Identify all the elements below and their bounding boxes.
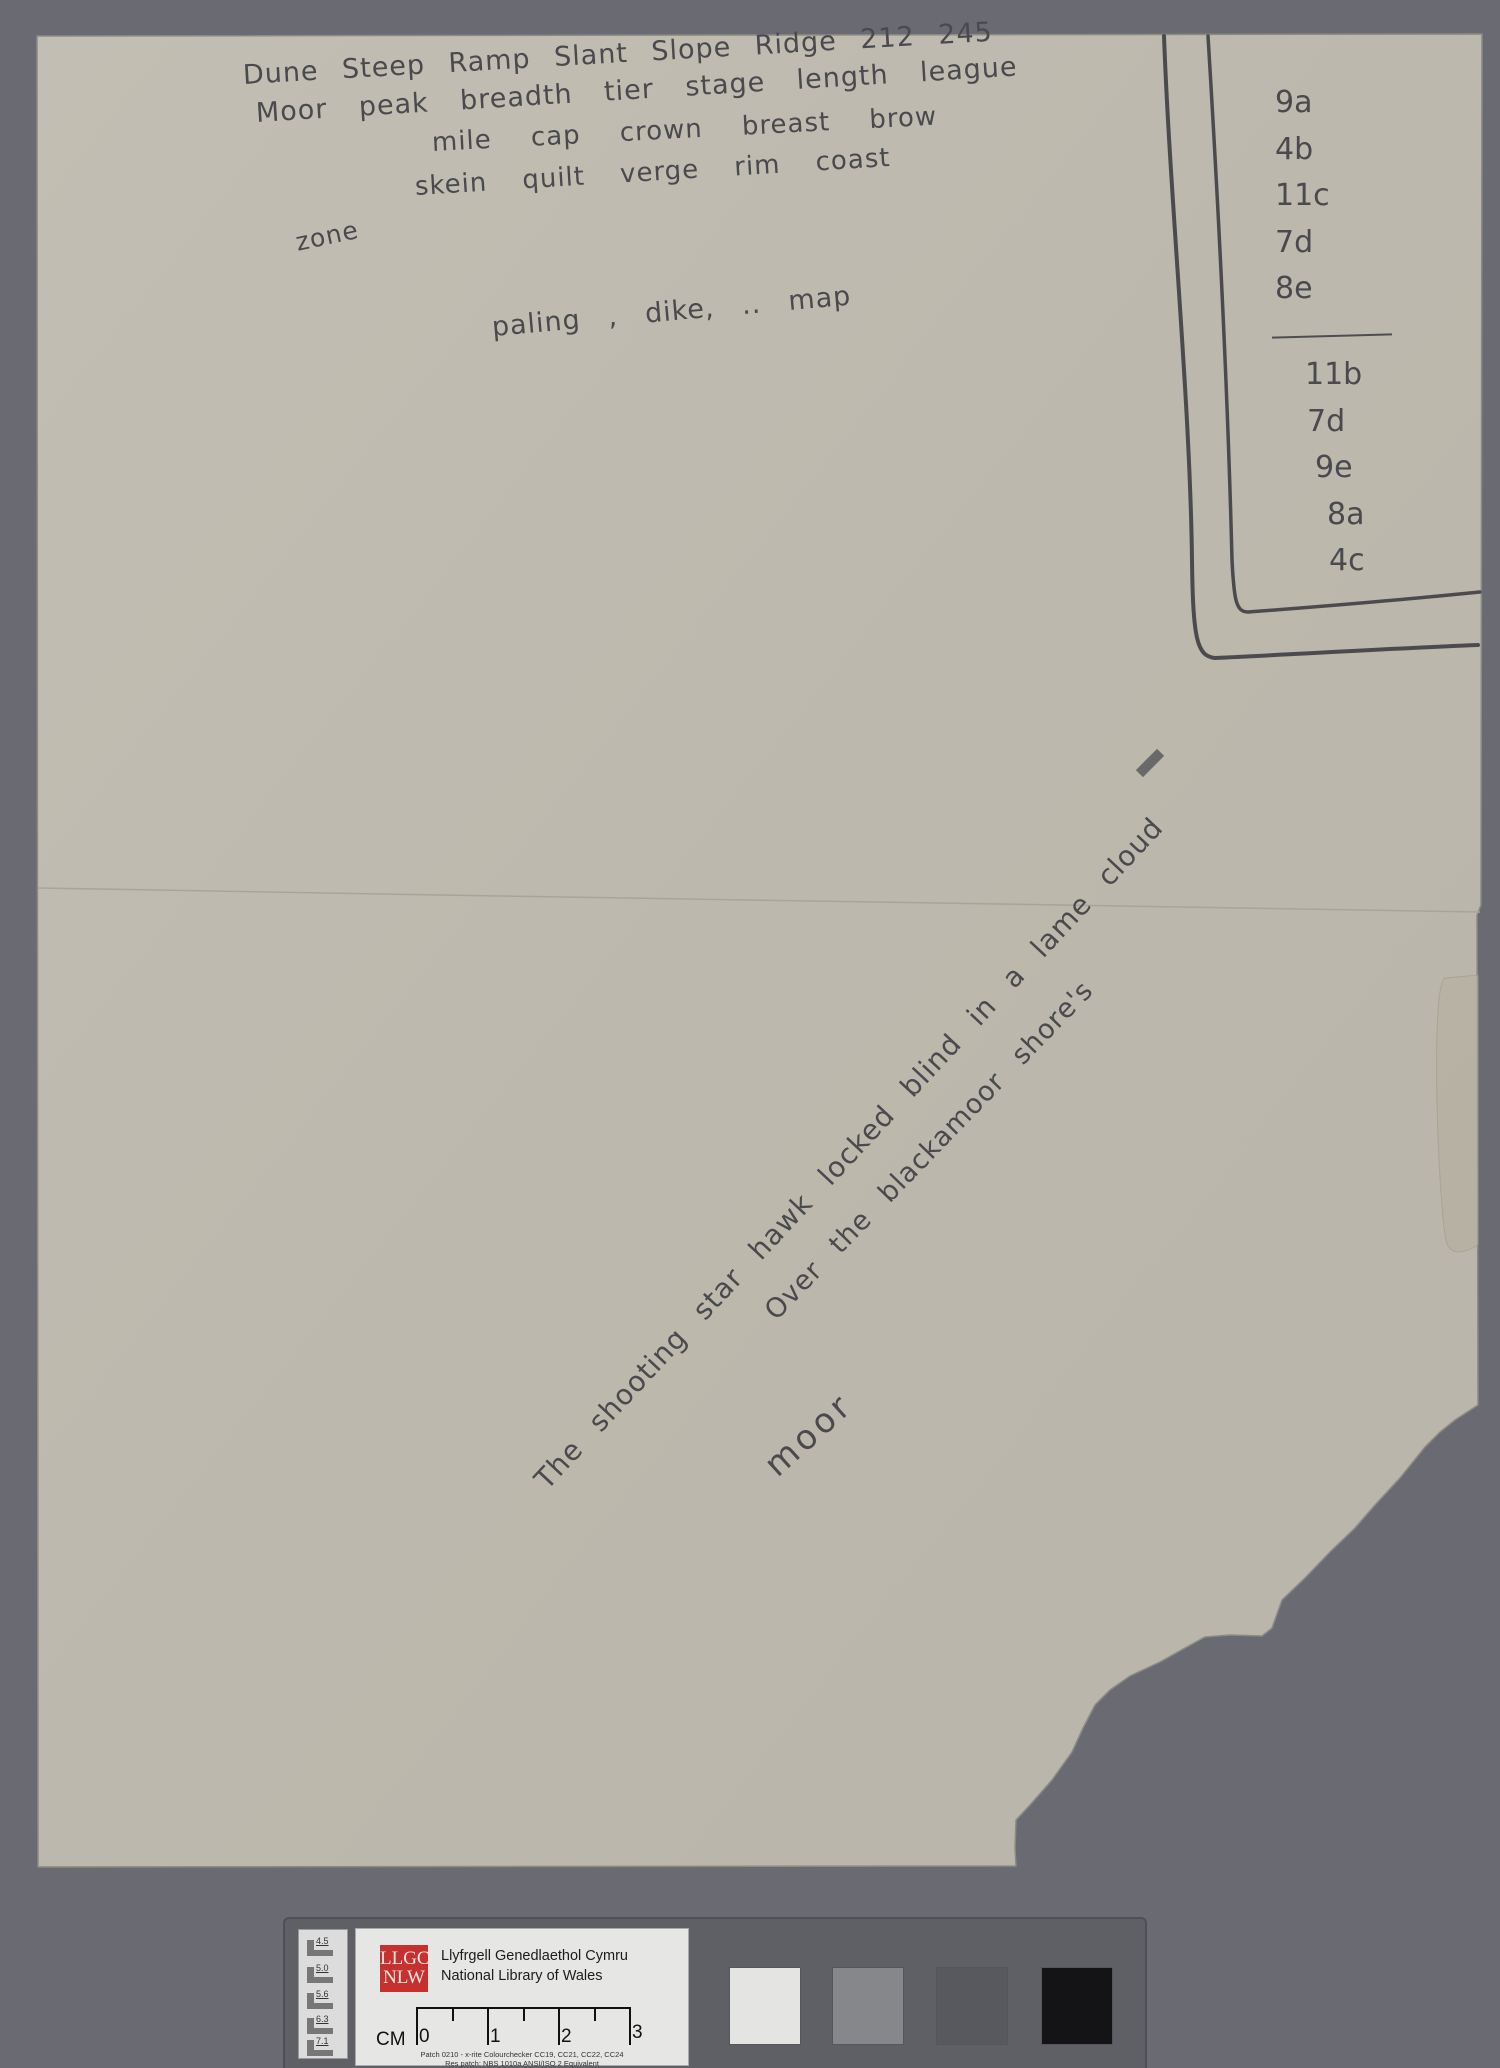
nlw-logo: LLGC NLW (380, 1945, 428, 1992)
tally-entry: 4c (1329, 538, 1365, 585)
tally-entry: 8a (1327, 492, 1365, 539)
org-name-english: National Library of Wales (441, 1966, 628, 1986)
library-label: LLGC NLW Llyfrgell Genedlaethol Cymru Na… (355, 1928, 689, 2066)
tally-entry: 7d (1275, 220, 1330, 267)
calibration-strip: 4.5 5.0 5.6 6.3 7.1 LLGC NLW Llyfrgell G… (283, 1917, 1147, 2068)
resolution-patch: 4.5 5.0 5.6 6.3 7.1 (298, 1929, 348, 2059)
organisation-name: Llyfrgell Genedlaethol Cymru National Li… (441, 1946, 628, 1986)
ruler-number: 1 (490, 2026, 501, 2048)
ruler-number: 3 (632, 2022, 643, 2044)
swatch-dark-grey (936, 1967, 1008, 2045)
res-value: 6.3 (316, 2014, 329, 2024)
res-value: 5.6 (316, 1989, 329, 1999)
tally-entry: 9a (1275, 80, 1330, 127)
tally-entry: 8e (1275, 266, 1330, 313)
tally-column-top: 9a 4b 11c 7d 8e (1275, 80, 1330, 313)
swatch-light-grey (832, 1967, 904, 2045)
res-value: 7.1 (316, 2036, 329, 2046)
res-value: 4.5 (316, 1936, 329, 1946)
tally-entry: 7d (1307, 399, 1365, 446)
res-value: 5.0 (316, 1963, 329, 1973)
ruler-number: 0 (419, 2026, 430, 2048)
tally-column-bottom: 11b 7d 9e 8a 4c (1305, 352, 1365, 585)
patch-note: Patch 0210 - x-rite Colourchecker CC19, … (356, 2050, 688, 2059)
logo-text-welsh: LLGC (380, 1949, 428, 1968)
org-name-welsh: Llyfrgell Genedlaethol Cymru (441, 1946, 628, 1966)
tally-entry: 11c (1275, 173, 1330, 220)
ruler-number: 2 (561, 2026, 572, 2048)
tally-entry: 11b (1305, 352, 1365, 399)
swatch-white (729, 1967, 801, 2045)
tally-entry: 4b (1275, 127, 1330, 174)
tally-entry: 9e (1315, 445, 1365, 492)
res-note: Res patch: NBS 1010a ANSI/ISO 2 Equivale… (356, 2059, 688, 2068)
logo-text-english: NLW (380, 1968, 428, 1987)
ruler-unit: CM (376, 2029, 406, 2051)
swatch-black (1041, 1967, 1113, 2045)
cm-ruler (416, 2007, 632, 2047)
